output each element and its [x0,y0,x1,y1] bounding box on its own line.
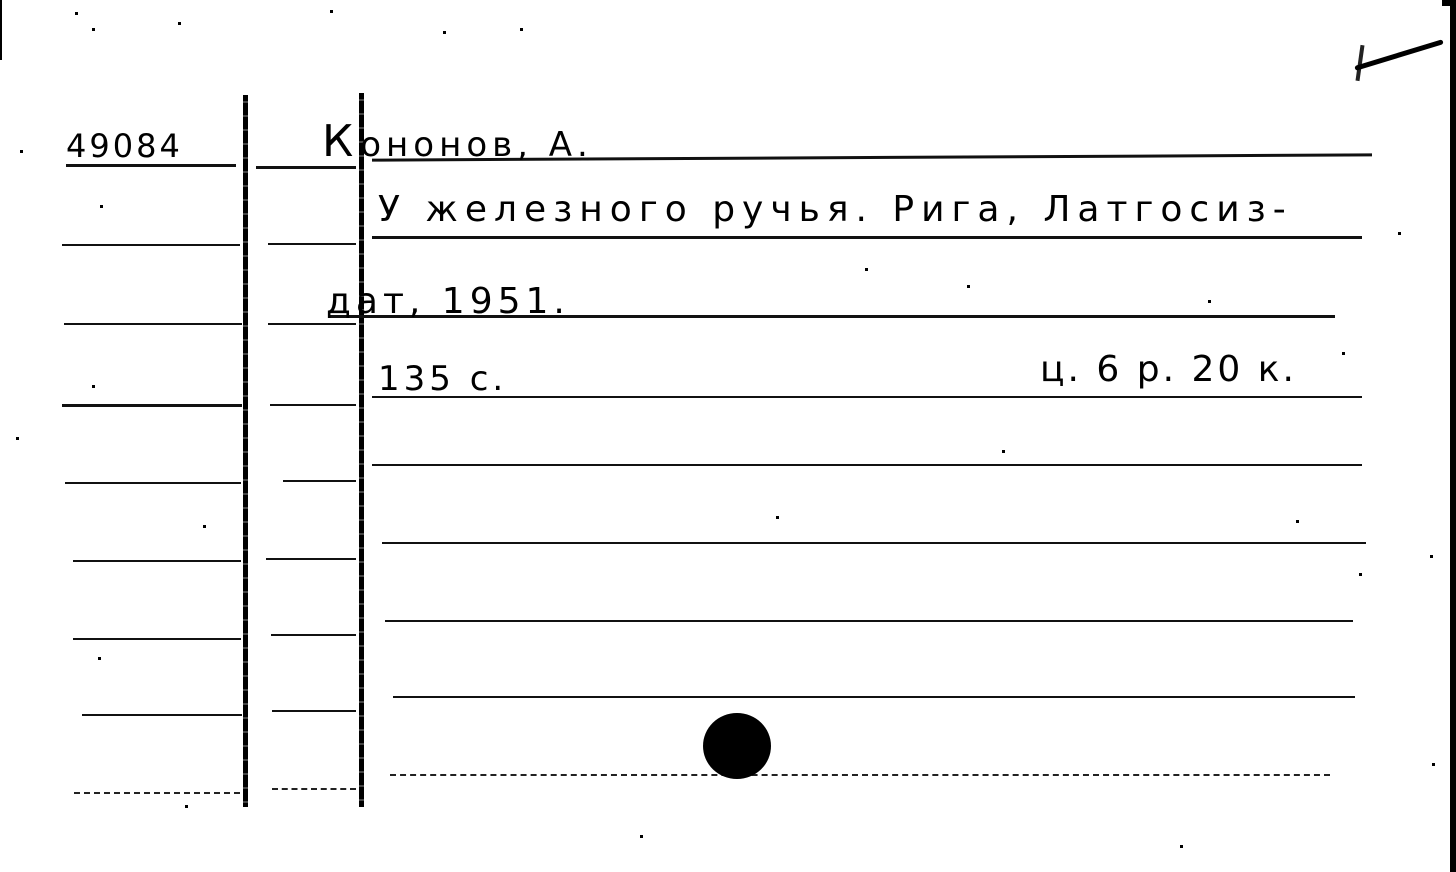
rule-line [393,696,1355,698]
author-initial-letter: К [322,116,358,167]
scan-speck [92,28,95,31]
scan-speck [203,525,206,528]
scan-speck [75,12,78,15]
rule-line [270,404,356,406]
card-edge-left [0,0,2,60]
call-number: 49084 [66,130,183,162]
scan-speck [1432,763,1435,766]
price: ц. 6 р. 20 к. [1040,352,1297,388]
rule-line [62,244,240,246]
title-and-imprint: У железного ручья. Рига, Латгосиз- [378,192,1293,228]
card-edge-corner [1442,0,1456,6]
author-name: Кононов, А. [322,120,593,164]
scan-speck [1398,232,1401,235]
scan-speck [1180,845,1183,848]
rule-line [268,243,356,245]
rule-line [283,480,356,482]
rule-line [390,774,1330,776]
scan-speck [1430,555,1433,558]
scan-speck [100,205,103,208]
scan-speck [776,516,779,519]
scan-speck [640,835,643,838]
scan-speck [98,657,101,660]
rule-line [266,558,356,560]
rule-line [372,236,1362,239]
scan-speck [1296,520,1299,523]
rule-line [272,710,356,712]
scan-speck [520,28,523,31]
column-rule-left [243,95,248,807]
scan-speck [178,22,181,25]
scan-speck [1002,450,1005,453]
rule-line [382,542,1366,544]
rule-line [64,323,242,325]
rule-line [271,634,356,636]
scan-speck [16,437,19,440]
rule-line [372,396,1362,398]
scan-speck [20,150,23,153]
rule-line [372,464,1362,466]
scan-speck [865,268,868,271]
catalog-card: 49084 Кононов, А. У железного ручья. Риг… [0,0,1456,872]
column-rule-right [359,93,364,807]
scan-speck [1208,300,1211,303]
rule-line [82,714,242,716]
page-count: 135 с. [378,362,507,396]
rule-line [73,560,241,562]
author-name-rest: ононов, А. [360,125,593,165]
punch-hole [703,713,771,779]
rule-line [74,792,240,794]
rule-line [62,404,242,407]
rule-line [73,638,241,640]
publisher-and-year: дат, 1951. [326,284,570,320]
scan-speck [967,285,970,288]
scan-speck [1342,352,1345,355]
corner-pencil-mark [1354,39,1443,71]
rule-line [65,482,241,484]
card-edge-right [1450,0,1456,872]
rule-line [385,620,1353,622]
scan-speck [92,385,95,388]
scan-speck [330,10,333,13]
scan-speck [185,805,188,808]
scan-speck [1359,573,1362,576]
scan-speck [443,31,446,34]
rule-line [268,323,356,325]
rule-line [272,788,356,790]
